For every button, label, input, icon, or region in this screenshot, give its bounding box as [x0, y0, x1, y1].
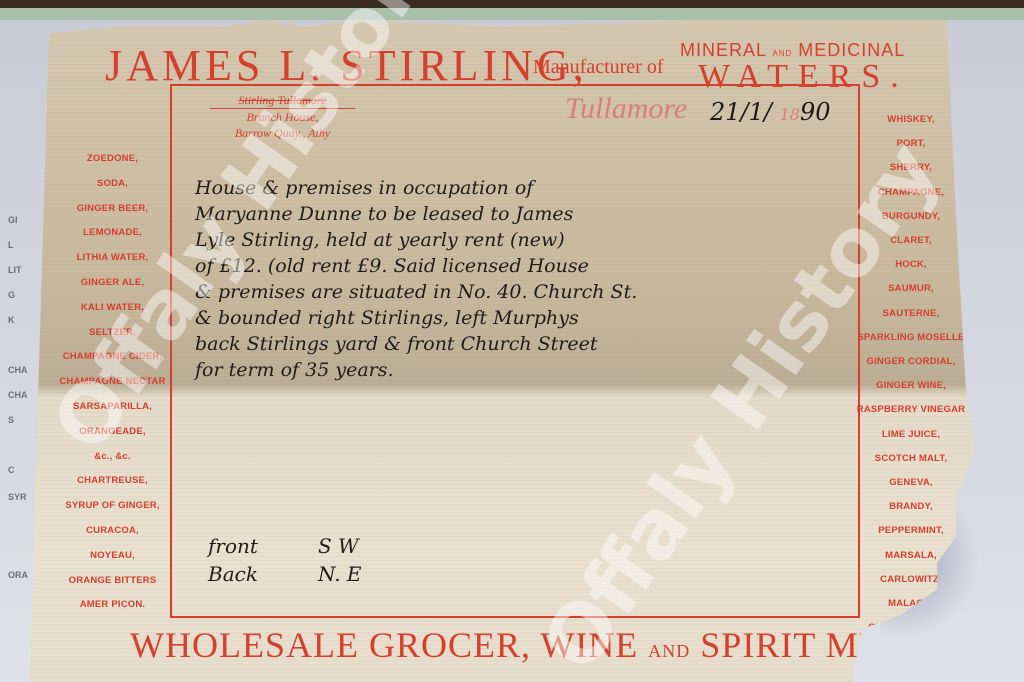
- product-item: BURGUNDY,: [856, 205, 966, 229]
- handwritten-line: House & premises in occupation of: [195, 175, 855, 201]
- product-item: CHAMPAGNE CIDER,: [50, 345, 175, 370]
- orientation-value: S W: [318, 532, 428, 560]
- orientation-front: frontS W: [208, 532, 428, 560]
- product-item: GINGER WINE,: [856, 374, 966, 398]
- place-name: Tullamore: [565, 92, 687, 126]
- mineral-medicinal-heading: MINERAL AND MEDICINAL: [680, 40, 905, 61]
- product-item: SPARKLING MOSELLE: [856, 326, 966, 350]
- product-item: LIME JUICE,: [856, 423, 966, 447]
- product-item: CLARET,: [856, 229, 966, 253]
- handwritten-line: of £12. (old rent £9. Said licensed Hous…: [195, 253, 855, 279]
- product-item: &c., &c.: [50, 445, 175, 470]
- product-item: HOCK,: [856, 253, 966, 277]
- product-item: SARSAPARILLA,: [50, 395, 175, 420]
- product-item: KALI WATER,: [50, 296, 175, 321]
- product-item: CHAMPAGNE,: [856, 181, 966, 205]
- product-item: PEPPERMINT,: [856, 519, 966, 543]
- product-item: LEMONADE,: [50, 221, 175, 246]
- under-text: ORA: [8, 570, 28, 580]
- footer-banner: WHOLESALE GROCER, WINE AND SPIRIT MERCH: [130, 624, 959, 666]
- orientation-notes: frontS W BackN. E: [208, 532, 428, 588]
- branch-house-label: Branch House,: [210, 109, 355, 125]
- under-text: SYR: [8, 492, 27, 502]
- product-item: AMER PICON.: [50, 593, 175, 618]
- footer-and: AND: [648, 641, 690, 661]
- under-text: K: [8, 315, 15, 325]
- date-handwritten: 21/1/: [710, 98, 772, 126]
- product-item: RASPBERRY VINEGAR: [856, 398, 966, 422]
- handwritten-line: & bounded right Stirlings, left Murphys: [195, 305, 855, 331]
- under-text: C: [8, 465, 15, 475]
- product-item: WHISKEY,: [856, 108, 966, 132]
- handwritten-line: back Stirlings yard & front Church Stree…: [195, 331, 855, 357]
- product-item: SYRUP OF GINGER,: [50, 494, 175, 519]
- product-item: ORANGEADE,: [50, 420, 175, 445]
- under-text: S: [8, 415, 14, 425]
- product-item: ZOEDONE,: [50, 147, 175, 172]
- product-item: BRANDY,: [856, 495, 966, 519]
- handwritten-line: Lyle Stirling, held at yearly rent (new): [195, 227, 855, 253]
- writing-frame: [170, 84, 860, 618]
- product-item: SELTZER,: [50, 321, 175, 346]
- product-item: CHAMPAGNE NECTAR: [50, 370, 175, 395]
- orientation-label: front: [208, 532, 318, 560]
- under-text: CHA: [8, 365, 28, 375]
- product-item: GENEVA,: [856, 471, 966, 495]
- handwritten-body: House & premises in occupation ofMaryann…: [195, 175, 855, 383]
- orientation-label: Back: [208, 560, 318, 588]
- and-text: AND: [772, 49, 792, 58]
- product-item: SODA,: [50, 172, 175, 197]
- product-item: GINGER BEER,: [50, 197, 175, 222]
- product-item: CURACOA,: [50, 519, 175, 544]
- year-printed: 18: [780, 105, 800, 124]
- products-left-list: ZOEDONE,SODA,GINGER BEER,LEMONADE,LITHIA…: [50, 147, 175, 618]
- letterhead-document: JAMES L. STIRLING, Manufacturer of MINER…: [30, 20, 975, 682]
- product-item: SAUTERNE,: [856, 302, 966, 326]
- product-item: GINGER ALE,: [50, 271, 175, 296]
- product-item: LITHIA WATER,: [50, 246, 175, 271]
- product-item: MADEIRA.: [856, 640, 966, 664]
- manufacturer-of-label: Manufacturer of: [533, 56, 664, 79]
- branch-house-block: Stirling Tullamore Branch House, Barrow …: [210, 92, 355, 141]
- under-text: GI: [8, 215, 18, 225]
- product-item: GINGER CORDIAL,: [856, 350, 966, 374]
- product-item: NOYEAU,: [50, 544, 175, 569]
- footer-text-1: WHOLESALE GROCER, WINE: [130, 625, 638, 665]
- letterhead-name: JAMES L. STIRLING,: [105, 40, 588, 91]
- background-green-board: [0, 8, 1024, 20]
- under-text: LIT: [8, 265, 22, 275]
- background-dark-edge: [0, 0, 1024, 8]
- product-item: SCOTCH MALT,: [856, 447, 966, 471]
- date-line: 21/1/ 1890: [710, 98, 831, 126]
- orientation-value: N. E: [318, 560, 428, 588]
- under-text: CHA: [8, 390, 28, 400]
- branch-stamp: Stirling Tullamore: [210, 92, 355, 109]
- waters-heading: WATERS.: [698, 58, 909, 96]
- orientation-back: BackN. E: [208, 560, 428, 588]
- medicinal-text: MEDICINAL: [798, 40, 905, 60]
- handwritten-line: Maryanne Dunne to be leased to James: [195, 201, 855, 227]
- branch-address: Barrow Quay., Athy: [210, 125, 355, 141]
- product-item: ORANGE BITTERS: [50, 569, 175, 594]
- under-text: G: [8, 290, 15, 300]
- year-handwritten: 90: [800, 98, 831, 126]
- handwritten-line: & premises are situated in No. 40. Churc…: [195, 279, 855, 305]
- product-item: CHARTREUSE,: [50, 469, 175, 494]
- under-text: L: [8, 240, 14, 250]
- product-item: SHERRY,: [856, 156, 966, 180]
- handwritten-line: for term of 35 years.: [195, 357, 855, 383]
- mineral-text: MINERAL: [680, 40, 766, 60]
- product-item: PORT,: [856, 132, 966, 156]
- product-item: SAUMUR,: [856, 277, 966, 301]
